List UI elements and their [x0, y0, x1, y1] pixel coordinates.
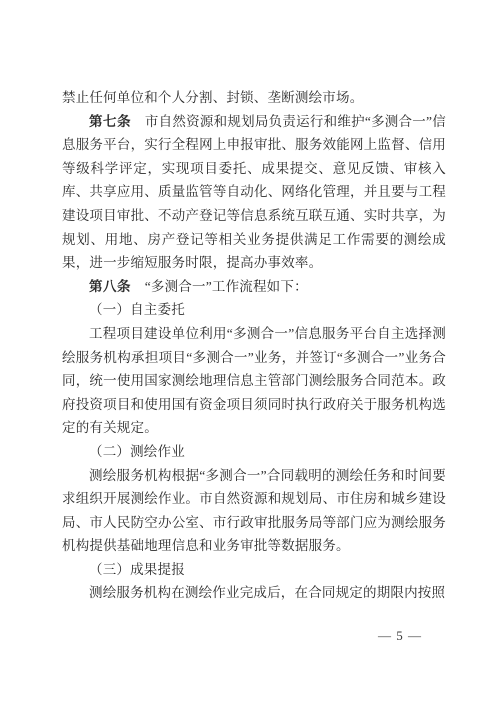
- paragraph-text: 测绘服务机构在测绘作业完成后，在合同规定的期限内按照: [89, 585, 445, 600]
- subheading-3: （三）成果提报: [62, 558, 446, 582]
- paragraph-text: 测绘服务机构根据“多测合一”合同载明的测绘任务和时间要求组织开展测绘作业。市自然…: [62, 468, 446, 554]
- subheading-1: （一）自主委托: [62, 298, 446, 322]
- paragraph: 禁止任何单位和个人分割、封锁、垄断测绘市场。: [62, 86, 446, 110]
- paragraph-text: 工程项目建设单位利用“多测合一”信息服务平台自主选择测绘服务机构承担项目“多测合…: [62, 326, 446, 435]
- document-body: 禁止任何单位和个人分割、封锁、垄断测绘市场。 第七条 市自然资源和规划局负责运行…: [62, 86, 446, 605]
- page-number: — 5 —: [0, 628, 422, 644]
- paragraph-text: 市自然资源和规划局负责运行和维护“多测合一”信息服务平台，实行全程网上申报审批、…: [62, 114, 446, 271]
- paragraph: 测绘服务机构根据“多测合一”合同载明的测绘任务和时间要求组织开展测绘作业。市自然…: [62, 464, 446, 558]
- subheading-2: （二）测绘作业: [62, 440, 446, 464]
- paragraph: 工程项目建设单位利用“多测合一”信息服务平台自主选择测绘服务机构承担项目“多测合…: [62, 322, 446, 440]
- article-number: 第七条: [89, 114, 131, 129]
- paragraph-text: 禁止任何单位和个人分割、封锁、垄断测绘市场。: [62, 90, 363, 105]
- paragraph-text: “多测合一”工作流程如下：: [131, 279, 308, 294]
- paragraph-article-7: 第七条 市自然资源和规划局负责运行和维护“多测合一”信息服务平台，实行全程网上申…: [62, 110, 446, 275]
- subheading-text: （二）测绘作业: [89, 444, 185, 459]
- page-number-text: — 5 —: [378, 628, 422, 643]
- article-number: 第八条: [89, 279, 131, 294]
- subheading-text: （一）自主委托: [89, 302, 185, 317]
- paragraph: 测绘服务机构在测绘作业完成后，在合同规定的期限内按照: [62, 581, 446, 605]
- subheading-text: （三）成果提报: [89, 562, 185, 577]
- document-page: 禁止任何单位和个人分割、封锁、垄断测绘市场。 第七条 市自然资源和规划局负责运行…: [0, 0, 500, 707]
- paragraph-article-8: 第八条 “多测合一”工作流程如下：: [62, 275, 446, 299]
